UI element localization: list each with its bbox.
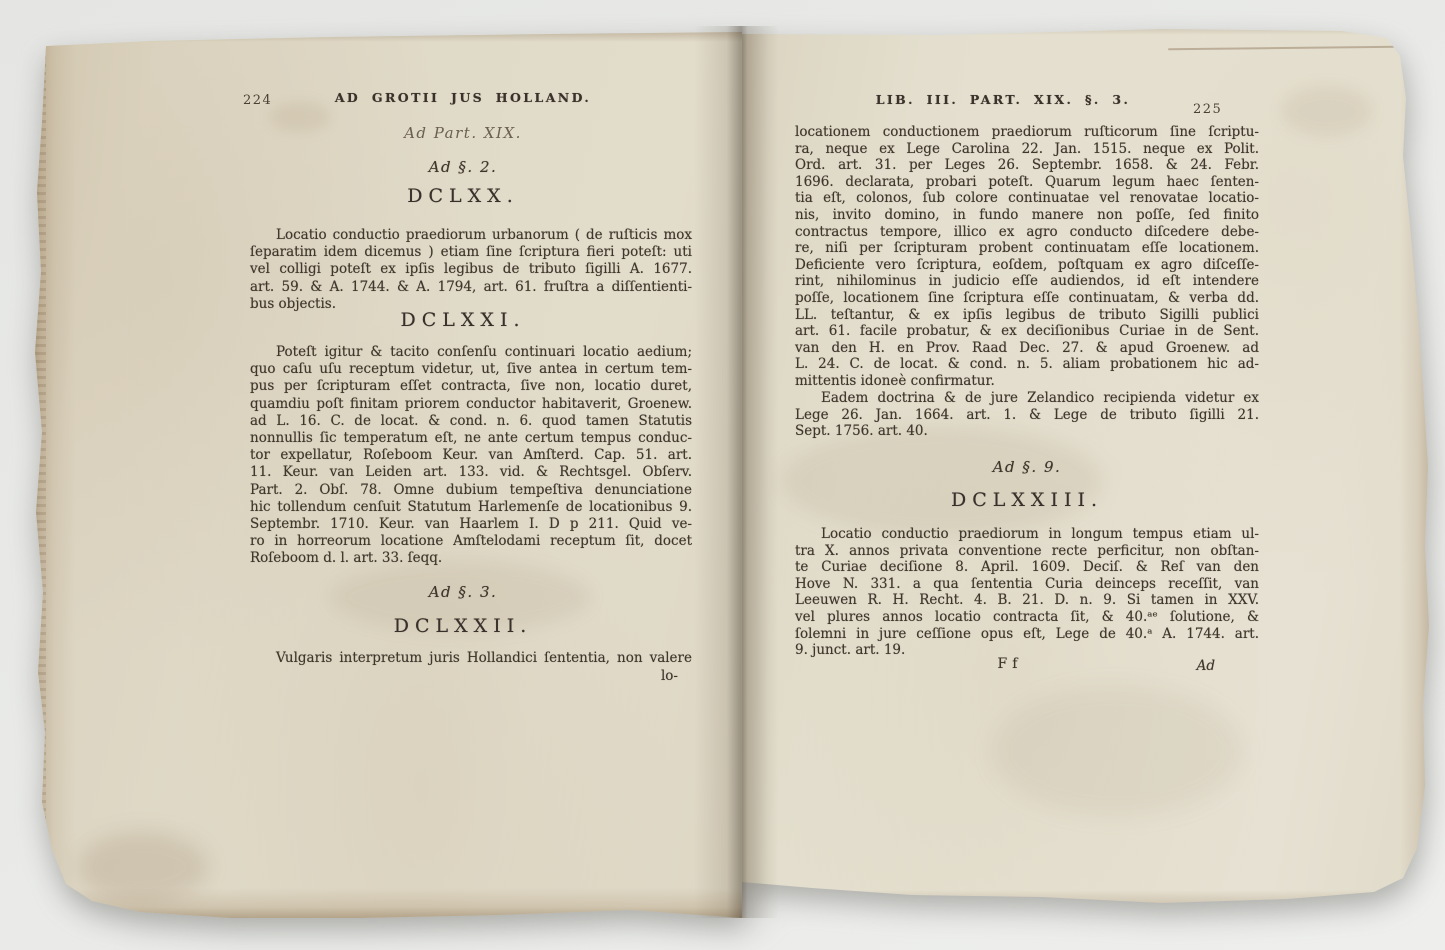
- page-edge-fold: [1168, 46, 1398, 50]
- text-line: re, niſi per ſcripturam probent continua…: [795, 240, 1259, 257]
- text-line: Eadem doctrina & de jure Zelandico recip…: [795, 390, 1259, 407]
- open-book: 224 AD GROTII JUS HOLLAND. Ad Part. XIX.…: [30, 26, 1432, 918]
- text-line: vel colligi poteſt ex ipſis legibus de t…: [250, 261, 692, 278]
- text-line: Locatio conductio praediorum in longum t…: [795, 526, 1259, 543]
- text-line: nonnullis ſic temperatum eſt, ne ante ce…: [250, 430, 692, 447]
- text-line: ra, neque ex Lege Carolina 22. Jan. 1515…: [795, 141, 1259, 158]
- page-number: 225: [1193, 102, 1222, 117]
- text-line: ro in horreorum locatione Amſtelodami re…: [250, 533, 692, 550]
- text-line: Septembr. 1710. Keur. van Haarlem I. D p…: [250, 516, 692, 533]
- text-line: Leeuwen R. H. Recht. 4. B. 21. D. n. 9. …: [795, 592, 1259, 609]
- text-line: art. 59. & A. 1744. & A. 1794, art. 61. …: [250, 279, 692, 296]
- running-header: LIB. III. PART. XIX. §. 3.: [803, 92, 1203, 107]
- article-number: DCLXXIII.: [827, 489, 1227, 511]
- text-line: nis, invito domino, in fundo manere non …: [795, 207, 1259, 224]
- text-line: Lege 26. Jan. 1664. art. 1. & Lege de tr…: [795, 407, 1259, 424]
- text-line: LL. teſtantur, & ex ipſis legibus de tri…: [795, 307, 1259, 324]
- page-right: LIB. III. PART. XIX. §. 3. 225 locatione…: [742, 26, 1432, 910]
- page-stain: [782, 426, 1102, 536]
- section-heading: Ad §. 2.: [263, 158, 663, 176]
- text-line: Roſeboom d. l. art. 33. ſeqq.: [250, 550, 692, 567]
- text-line: Part. 2. Obſ. 78. Omne dubium tempeſtiva…: [250, 482, 692, 499]
- text-line: hic tollendum cenſuit Statutum Harlemenſ…: [250, 499, 692, 516]
- text-line: quamdiu poſt finitam priorem conductor h…: [250, 396, 692, 413]
- text-line: rint, nihilominus in judicio eſſe audien…: [795, 273, 1259, 290]
- text-line: ſeparatim idem dicemus ) etiam ſine ſcri…: [250, 244, 692, 261]
- text-line: ſolemni in jure ceſſione opus eſt, Lege …: [795, 626, 1259, 643]
- text-line: quo caſu uſu receptum videtur, ut, ſive …: [250, 361, 692, 378]
- text-line: tia eſt, colonos, ſub colore continuatae…: [795, 190, 1259, 207]
- page-left: 224 AD GROTII JUS HOLLAND. Ad Part. XIX.…: [30, 32, 742, 918]
- article-number: DCLXXII.: [263, 615, 663, 637]
- paragraph: Locatio conductio praediorum in longum t…: [795, 526, 1259, 659]
- text-line: Poteſt igitur & tacito conſenſu continua…: [250, 344, 692, 361]
- paragraph: Eadem doctrina & de jure Zelandico recip…: [795, 390, 1259, 440]
- text-line: ad L. 16. C. de locat. & cond. n. 6. quo…: [250, 413, 692, 430]
- text-line: tor expellatur, Roſeboom Keur. van Amſte…: [250, 447, 692, 464]
- section-heading: Ad §. 3.: [263, 583, 663, 601]
- text-line: van den H. en Prov. Raad Dec. 27. & apud…: [795, 340, 1259, 357]
- text-line: Sept. 1756. art. 40.: [795, 423, 1259, 440]
- page-stain: [78, 832, 208, 902]
- text-line: Locatio conductio praediorum urbanorum (…: [250, 227, 692, 244]
- paragraph: Locatio conductio praediorum urbanorum (…: [250, 227, 692, 313]
- article-number: DCLXX.: [263, 185, 663, 207]
- text-line: Ord. art. 31. per Leges 26. Septembr. 16…: [795, 157, 1259, 174]
- text-line: mittentis idoneè confirmatur.: [795, 373, 1259, 390]
- page-stain: [1282, 86, 1372, 136]
- text-line: Vulgaris interpretum juris Hollandici ſe…: [250, 650, 692, 667]
- text-line: te Curiae deciſione 8. April. 1609. Deci…: [795, 559, 1259, 576]
- text-line: Hove N. 331. a qua ſententia Curia deinc…: [795, 576, 1259, 593]
- catchword: lo-: [250, 668, 692, 684]
- article-number: DCLXXI.: [263, 309, 663, 331]
- text-line: locationem conductionem praediorum ruſti…: [795, 124, 1259, 141]
- paragraph: Vulgaris interpretum juris Hollandici ſe…: [250, 650, 692, 667]
- text-line: pus per ſcripturam eſſet contracta, ſive…: [250, 378, 692, 395]
- text-line: tra X. annos privata conventione recte p…: [795, 543, 1259, 560]
- text-line: 1696. declarata, probari poteſt. Quarum …: [795, 174, 1259, 191]
- paragraph: Poteſt igitur & tacito conſenſu continua…: [250, 344, 692, 568]
- text-line: L. 24. C. de locat. & cond. n. 5. aliam …: [795, 356, 1259, 373]
- section-heading: Ad §. 9.: [827, 458, 1227, 476]
- text-line: vel plures annos locatio contracta ſit, …: [795, 609, 1259, 626]
- text-line: art. 61. facile probatur, & ex deciſioni…: [795, 323, 1259, 340]
- catchword: Ad: [795, 658, 1259, 674]
- text-line: poſſe, locationem ſine ſcriptura eſſe co…: [795, 290, 1259, 307]
- text-line: Deficiente vero ſcriptura, eoſdem, poſtq…: [795, 257, 1259, 274]
- text-line: 11. Keur. van Leiden art. 133. vid. & Re…: [250, 464, 692, 481]
- running-header: AD GROTII JUS HOLLAND.: [263, 90, 663, 105]
- part-heading: Ad Part. XIX.: [263, 124, 663, 142]
- text-line: contractus tempore, illico ex agro condu…: [795, 224, 1259, 241]
- paragraph: locationem conductionem praediorum ruſti…: [795, 124, 1259, 390]
- page-stain: [992, 686, 1242, 816]
